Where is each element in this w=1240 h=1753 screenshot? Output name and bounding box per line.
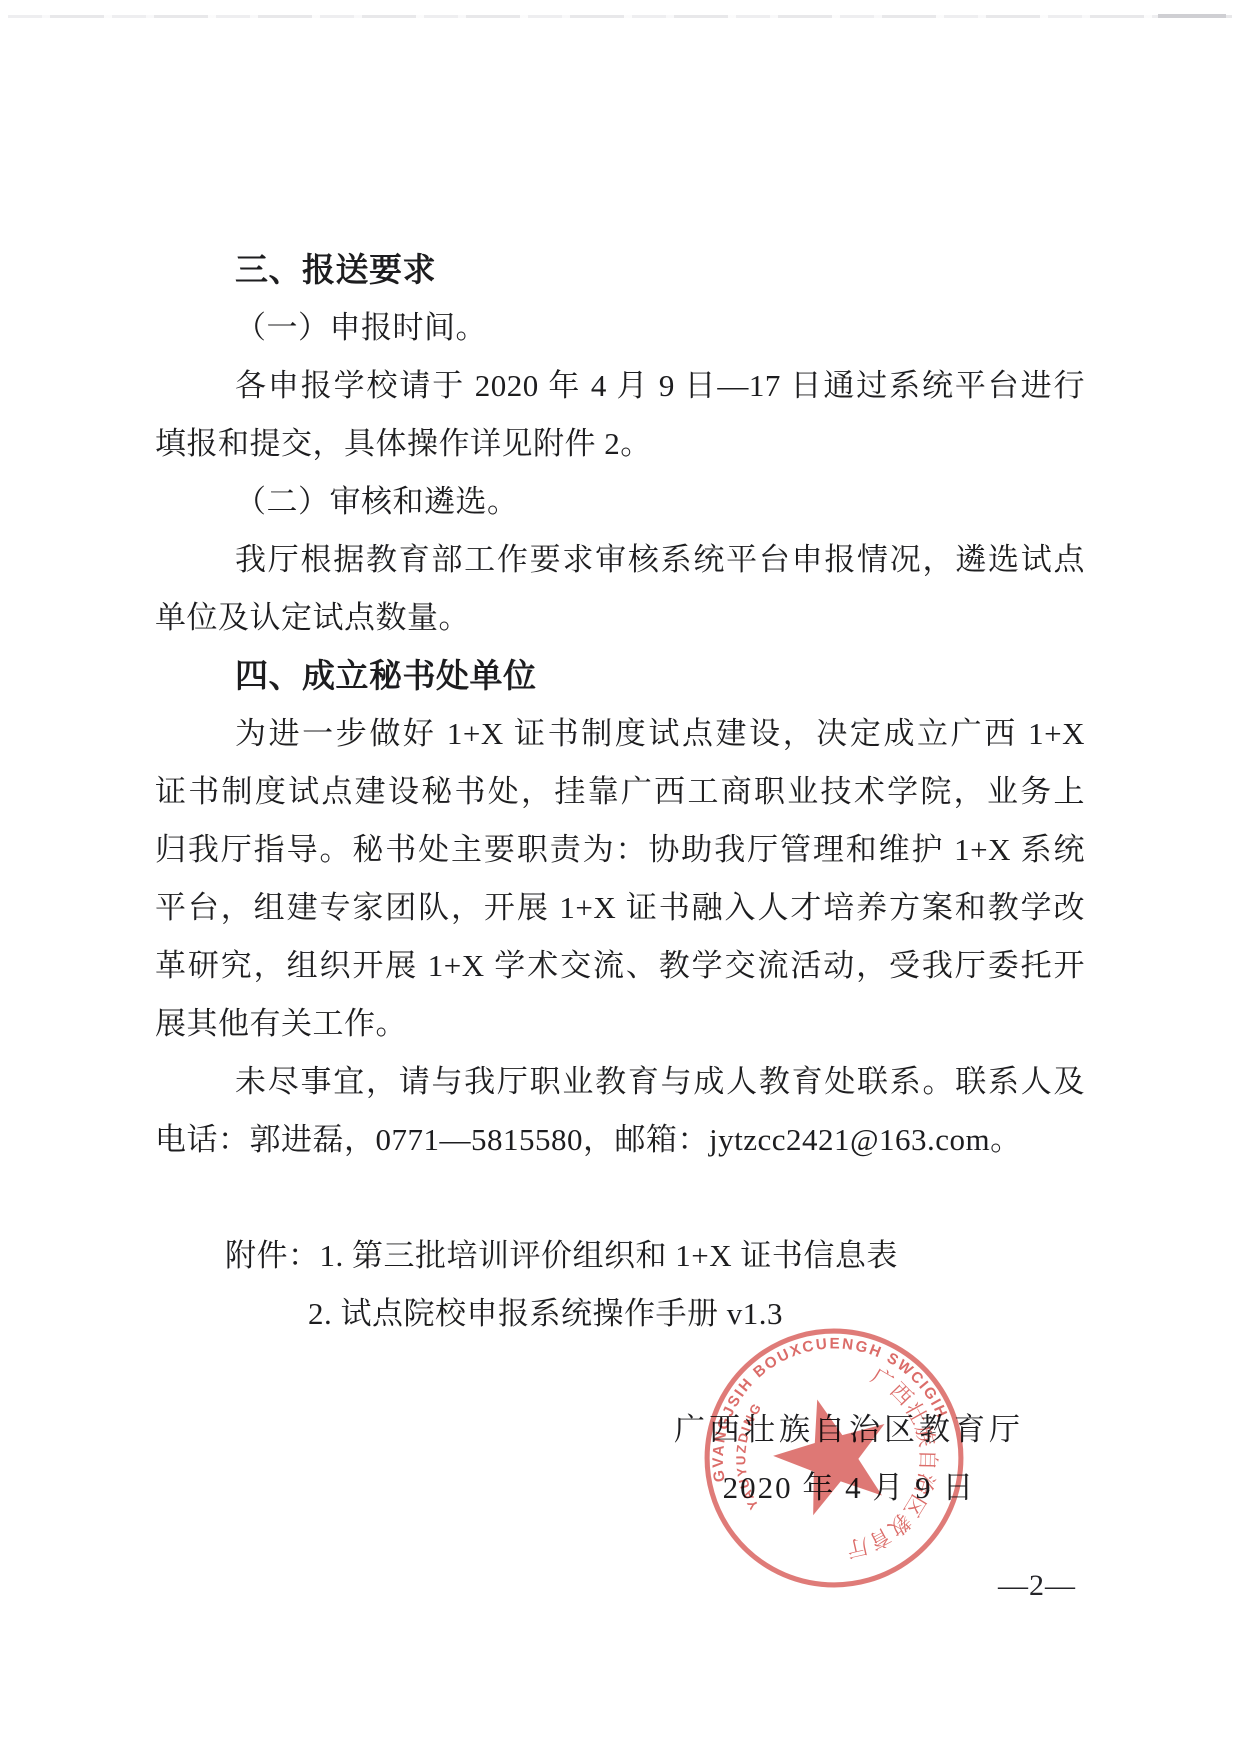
doc-line: 填报和提交，具体操作详见附件 2。: [155, 415, 1085, 473]
document-page: 三、报送要求 （一）申报时间。 各申报学校请于 2020 年 4 月 9 日—1…: [0, 0, 1240, 1753]
attachment-line-2: 2. 试点院校申报系统操作手册 v1.3: [155, 1285, 1085, 1343]
doc-line: 单位及认定试点数量。: [155, 589, 1085, 647]
issue-date: 2020 年 4 月 9 日: [663, 1459, 1035, 1517]
doc-line: 我厅根据教育部工作要求审核系统平台申报情况，遴选试点: [155, 531, 1085, 589]
doc-line: 各申报学校请于 2020 年 4 月 9 日—17 日通过系统平台进行: [155, 357, 1085, 415]
doc-line: 归我厅指导。秘书处主要职责为：协助我厅管理和维护 1+X 系统: [155, 821, 1085, 879]
subsection-1-title: （一）申报时间。: [155, 299, 1085, 357]
issuer-name: 广西壮族自治区教育厅: [663, 1401, 1035, 1459]
doc-line: 为进一步做好 1+X 证书制度试点建设，决定成立广西 1+X: [155, 705, 1085, 763]
doc-line: 展其他有关工作。: [155, 995, 1085, 1053]
doc-line: 证书制度试点建设秘书处，挂靠广西工商职业技术学院，业务上: [155, 763, 1085, 821]
doc-line: 未尽事宜，请与我厅职业教育与成人教育处联系。联系人及: [155, 1053, 1085, 1111]
blank-line: [155, 1169, 1085, 1227]
subsection-2-title: （二）审核和遴选。: [155, 473, 1085, 531]
signature-block: 广西壮族自治区教育厅 2020 年 4 月 9 日: [663, 1401, 1035, 1517]
doc-line: 平台，组建专家团队，开展 1+X 证书融入人才培养方案和教学改: [155, 879, 1085, 937]
blank-line: [155, 1343, 1085, 1401]
contact-line: 电话：郭进磊，0771—5815580，邮箱：jytzcc2421@163.co…: [155, 1111, 1085, 1169]
page-number: —2—: [998, 1568, 1076, 1604]
doc-line: 革研究，组织开展 1+X 学术交流、教学交流活动，受我厅委托开: [155, 937, 1085, 995]
scan-artifact-line: [8, 15, 1232, 18]
scan-artifact-mark: [1158, 14, 1226, 18]
section-heading-4: 四、成立秘书处单位: [155, 647, 1085, 705]
section-heading-3: 三、报送要求: [155, 241, 1085, 299]
attachment-line-1: 附件：1. 第三批培训评价组织和 1+X 证书信息表: [155, 1227, 1085, 1285]
document-body: 三、报送要求 （一）申报时间。 各申报学校请于 2020 年 4 月 9 日—1…: [155, 241, 1085, 1517]
